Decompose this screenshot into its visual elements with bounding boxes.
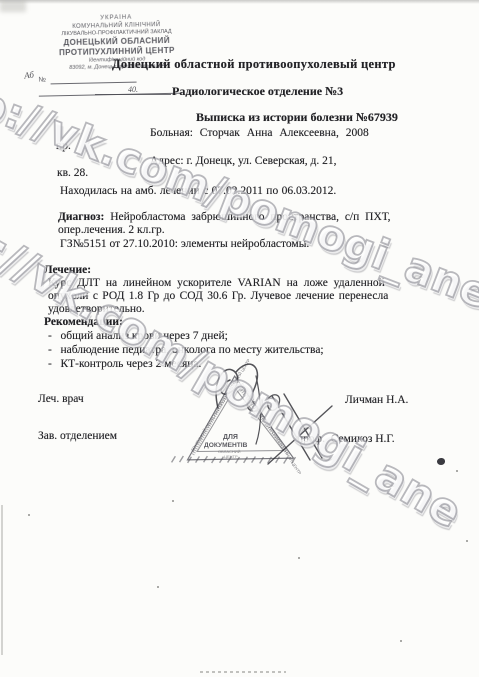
bullet-dash: -	[48, 330, 52, 342]
stamp-center-text-1: ДЛЯ	[223, 434, 238, 441]
scan-speck	[298, 557, 300, 559]
department-title: Радиологическое отделение №3	[172, 84, 343, 99]
attending-doctor-label: Леч. врач	[38, 393, 84, 405]
scan-edge-line-left	[1, 505, 3, 655]
scan-speck	[28, 514, 30, 516]
patient-address-line-2: кв. 28.	[57, 167, 88, 179]
department-rule	[95, 94, 171, 95]
handwritten-mark-corner: Аб	[23, 69, 34, 80]
ink-blot	[437, 458, 445, 465]
diagnosis-line-2: опер.лечения. 2 кл.гр.	[58, 224, 165, 236]
scan-noise-bottom	[200, 671, 286, 673]
scan-speck	[466, 540, 468, 542]
scan-edge-shadow-corner	[0, 0, 26, 12]
scan-speck	[172, 500, 174, 502]
scan-speck	[400, 640, 402, 642]
diagnosis-label: Диагноз:	[58, 211, 104, 223]
stamp-number-prefix: №	[38, 76, 46, 85]
stamp-number-blank	[50, 75, 136, 85]
scan-speck	[157, 586, 159, 588]
stamp-date-blank	[39, 86, 181, 97]
document-title: Выписка из истории болезни №67939	[196, 110, 398, 125]
stamp-center-text-2: ДОКУМЕНТІВ	[204, 442, 248, 449]
handwritten-number: 40.	[128, 85, 138, 94]
attending-doctor-name: Личман Н.А.	[345, 394, 408, 406]
bullet-dash: -	[48, 344, 52, 356]
scanned-document-page: УКРАЇНА КОМУНАЛЬНИЙ КЛІНІЧНИЙ ЛІКУВАЛЬНО…	[0, 0, 479, 677]
patient-name-line: Больная: Сторчак Анна Алексеевна, 2008	[150, 127, 369, 139]
scan-edge-shadow-top	[0, 0, 479, 4]
bullet-dash: -	[48, 358, 52, 370]
hospital-name-title: Донецкий областной противоопухолевый цен…	[112, 57, 396, 72]
stamp-sub-text-2: ЦЕНТР	[224, 454, 238, 459]
head-of-department-label: Зав. отделением	[38, 430, 117, 442]
diagnosis-line-3: ГЗ№5151 от 27.10.2010: элементы нейробла…	[60, 238, 309, 250]
scan-speck	[456, 470, 458, 472]
